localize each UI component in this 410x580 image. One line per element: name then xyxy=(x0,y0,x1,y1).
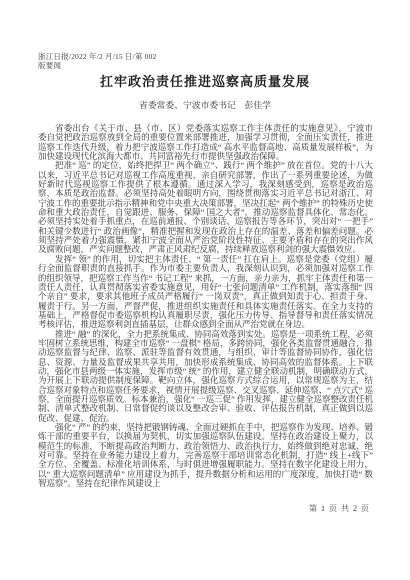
article-title: 扛牢政治责任推进巡察高质量发展 xyxy=(0,71,410,90)
article-paragraph: 把准“ 巡” 的定位，始终把捍卫“ 两个确立”、践行“ 两个维护” 放在首位。党… xyxy=(38,161,373,254)
masthead: 浙江日报/2022 年/2 月/15 日/第 002 版要闻 xyxy=(38,52,373,70)
masthead-section-line: 版要闻 xyxy=(38,61,373,70)
article-paragraph: 强化“ 严” 的约束，坚持把锻钢铸魂、全面过硬抓在手中，把巡察作为发现、培养、锻… xyxy=(38,423,373,488)
masthead-source-line: 浙江日报/2022 年/2 月/15 日/第 002 xyxy=(38,52,373,61)
article-paragraph: 推进“ 融” 的深化，全力把系统集成、协同高效落到实处。巡察是一项系统工程，必须… xyxy=(38,330,373,423)
article-paragraph: 省委出台《关于市、县（市、区）党委落实巡察工作主体责任的实施意见》，宁波市委自觉… xyxy=(38,124,373,161)
page-number-indicator: 第 1 页 共 2 页 xyxy=(309,503,370,514)
article-byline: 省委常委、宁波市委书记 彭佳学 xyxy=(0,98,410,111)
article-paragraph: 发挥“ 领” 的作用，切实把主体责任、“ 第一责任” 扛在肩上。巡察是党委（党组… xyxy=(38,255,373,330)
article-body: 省委出台《关于市、县（市、区）党委落实巡察工作主体责任的实施意见》，宁波市委自觉… xyxy=(38,124,373,488)
document-page: 浙江日报/2022 年/2 月/15 日/第 002 版要闻 扛牢政治责任推进巡… xyxy=(0,0,410,580)
